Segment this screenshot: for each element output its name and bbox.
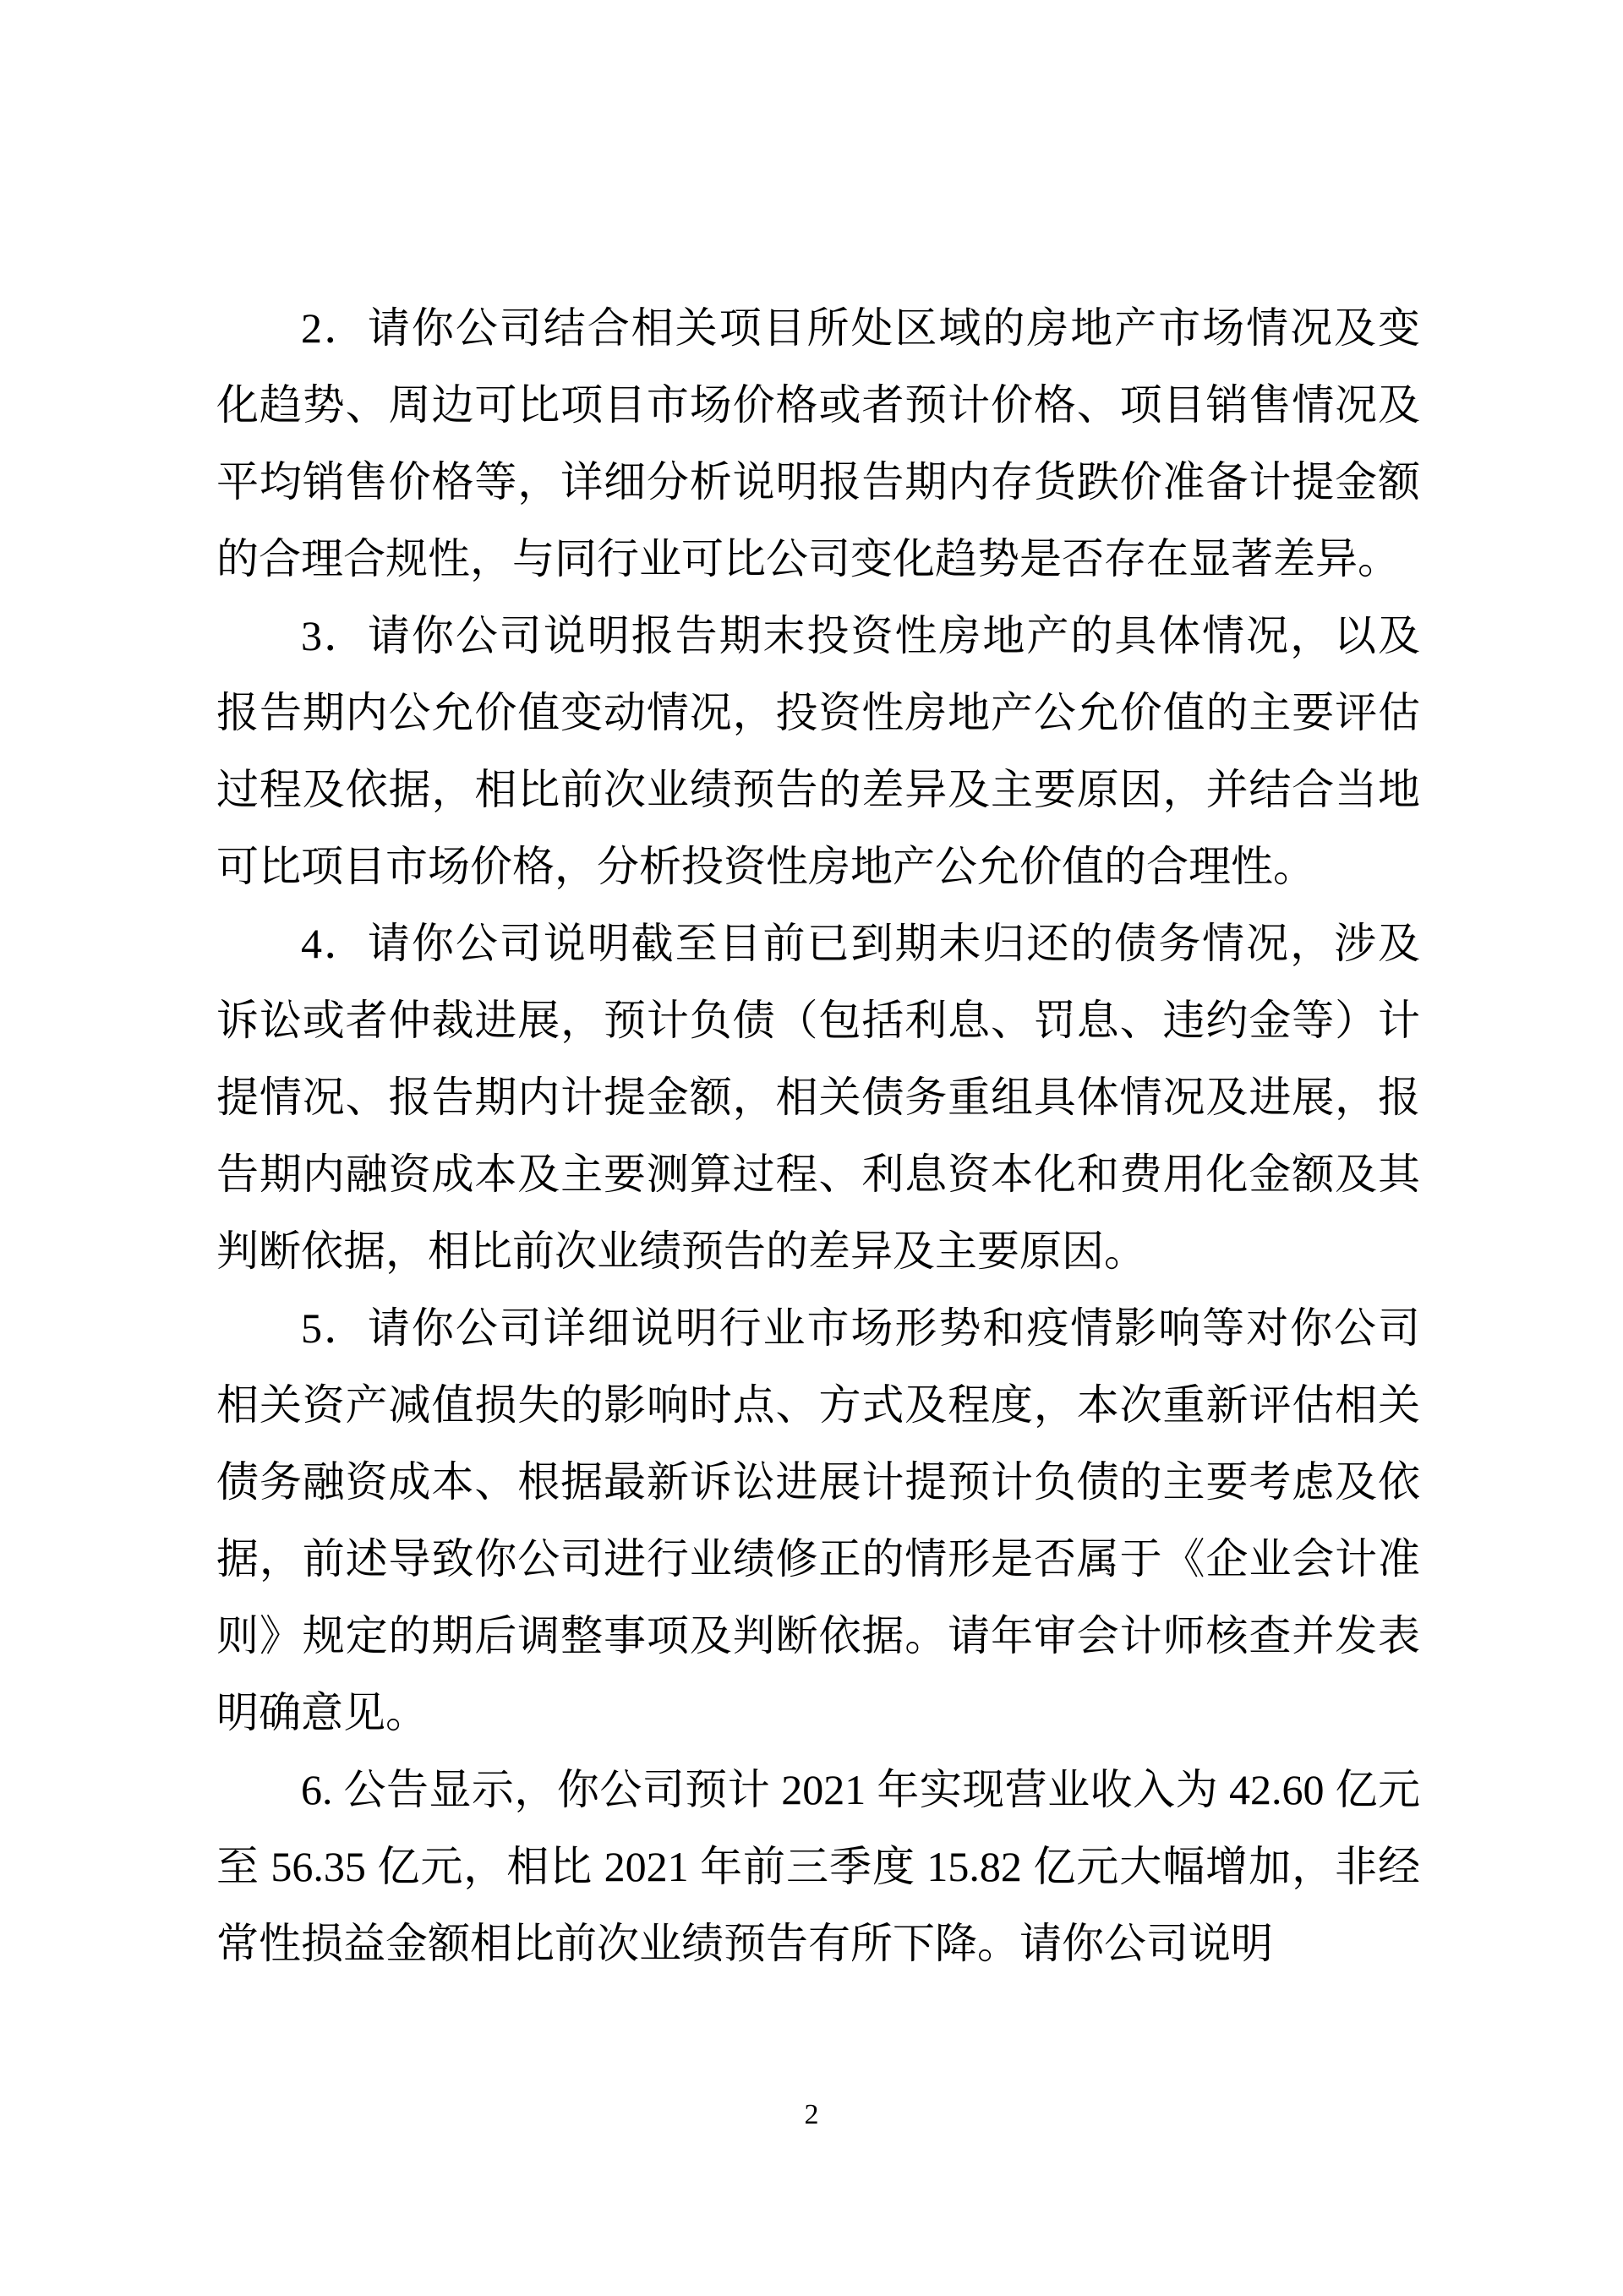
page-footer: 2 [0,2098,1623,2132]
document-body: 2．请你公司结合相关项目所处区域的房地产市场情况及变化趋势、周边可比项目市场价格… [216,290,1420,1982]
paragraph: 4．请你公司说明截至目前已到期未归还的债务情况，涉及诉讼或者仲裁进展，预计负债（… [216,905,1420,1290]
paragraph: 3．请你公司说明报告期末投资性房地产的具体情况，以及报告期内公允价值变动情况，投… [216,598,1420,905]
paragraph: 5．请你公司详细说明行业市场形势和疫情影响等对你公司相关资产减值损失的影响时点、… [216,1290,1420,1752]
paragraph: 6. 公告显示，你公司预计 2021 年实现营业收入为 42.60 亿元至 56… [216,1752,1420,1982]
paragraph: 2．请你公司结合相关项目所处区域的房地产市场情况及变化趋势、周边可比项目市场价格… [216,290,1420,598]
page-number: 2 [805,2099,819,2130]
document-page: 2．请你公司结合相关项目所处区域的房地产市场情况及变化趋势、周边可比项目市场价格… [0,0,1623,2296]
